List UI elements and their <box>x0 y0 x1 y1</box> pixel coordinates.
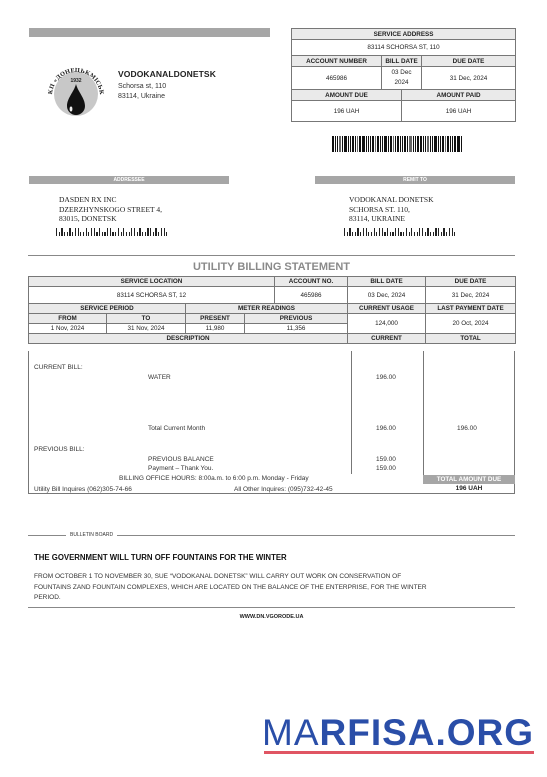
bill-date-value: 03 Dec 2024 <box>382 67 422 90</box>
account-no-value: 465986 <box>275 287 348 304</box>
watermark-text-bold: RFISA.ORG <box>320 712 535 753</box>
bulletin-board-label: BULLETIN BOARD <box>66 532 117 538</box>
to-header: TO <box>107 314 186 324</box>
addressee-line: 83015, DONETSK <box>59 214 162 224</box>
meter-readings-header: METER READINGS <box>186 304 348 314</box>
amount-paid-value: 196 UAH <box>402 101 516 122</box>
previous-value: 11,356 <box>245 324 348 334</box>
barcode <box>332 136 496 152</box>
divider <box>28 255 515 256</box>
watermark-logo: MARFISA.ORG <box>262 712 534 754</box>
total-current-month-current: 196.00 <box>376 425 396 432</box>
other-inquires: All Other Inquires: (095)732-42-45 <box>234 486 333 493</box>
utility-inquires: Utility Bill Inquires (062)305-74-66 <box>34 486 132 493</box>
company-address-line1: Schorsa st, 110 <box>118 82 166 92</box>
remit-to-label: REMIT TO <box>315 176 515 184</box>
company-name: VODOKANALDONETSK <box>118 69 216 79</box>
current-usage-header: CURRENT USAGE <box>348 304 426 314</box>
office-hours: BILLING OFFICE HOURS: 8:00a.m. to 6:00 p… <box>119 475 309 482</box>
company-address-line2: 83114, Ukraine <box>118 92 166 102</box>
due-date-value: 31 Dec, 2024 <box>426 287 516 304</box>
previous-balance-current: 159.00 <box>376 456 396 463</box>
divider <box>28 607 515 608</box>
summary-box: SERVICE ADDRESS 83114 SCHORSA ST, 110 AC… <box>291 28 516 122</box>
addressee-address: DASDEN RX INC DZERZHYNSKOGO STREET 4, 83… <box>59 195 162 224</box>
svg-text:1932: 1932 <box>70 78 81 84</box>
water-drop-icon: КП «ДОНЕЦЬКМІСЬКВОДОКАНАЛ» 1932 <box>44 62 108 126</box>
amount-paid-label: AMOUNT PAID <box>402 90 516 101</box>
payment-current: 159.00 <box>376 465 396 472</box>
company-address: Schorsa st, 110 83114, Ukraine <box>118 82 166 102</box>
postal-barcode <box>344 228 457 236</box>
description-header: DESCRIPTION <box>29 334 348 344</box>
current-header: CURRENT <box>348 334 426 344</box>
bulletin-title: THE GOVERNMENT WILL TURN OFF FOUNTAINS F… <box>34 553 287 562</box>
account-number-label: ACCOUNT NUMBER <box>292 56 382 67</box>
from-value: 1 Nov, 2024 <box>29 324 107 334</box>
column-divider <box>423 351 424 484</box>
postal-barcode <box>56 228 169 236</box>
header-bar <box>29 28 270 37</box>
charges-body <box>28 351 515 494</box>
total-amount-due-value: 196 UAH <box>423 485 515 492</box>
current-usage-value: 124,000 <box>348 314 426 334</box>
bulletin-body: FROM OCTOBER 1 TO NOVEMBER 30, SUE “VODO… <box>34 572 434 604</box>
service-address-label: SERVICE ADDRESS <box>292 29 516 40</box>
statement-table: SERVICE LOCATION ACCOUNT NO. BILL DATE D… <box>28 276 516 344</box>
last-payment-date-header: LAST PAYMENT DATE <box>426 304 516 314</box>
total-header: TOTAL <box>426 334 516 344</box>
amount-due-value: 196 UAH <box>292 101 402 122</box>
addressee-label: ADDRESSEE <box>29 176 229 184</box>
total-amount-due-label: TOTAL AMOUNT DUE <box>423 475 515 484</box>
total-current-month-label: Total Current Month <box>148 425 205 432</box>
service-location-value: 83114 SCHORSA ST, 12 <box>29 287 275 304</box>
last-payment-date-value: 20 Oct, 2024 <box>426 314 516 334</box>
total-current-month-total: 196.00 <box>457 425 477 432</box>
watermark-underline <box>264 751 534 754</box>
company-logo: КП «ДОНЕЦЬКМІСЬКВОДОКАНАЛ» 1932 <box>44 62 108 126</box>
present-header: PRESENT <box>186 314 245 324</box>
from-header: FROM <box>29 314 107 324</box>
bill-date-label: BILL DATE <box>382 56 422 67</box>
watermark-text-light: MA <box>262 712 320 753</box>
amount-due-label: AMOUNT DUE <box>292 90 402 101</box>
service-address-value: 83114 SCHORSA ST, 110 <box>292 40 516 56</box>
remit-line: 83114, UKRAINE <box>349 214 434 224</box>
column-divider <box>351 351 352 474</box>
due-date-label: DUE DATE <box>422 56 516 67</box>
previous-header: PREVIOUS <box>245 314 348 324</box>
remit-to-address: VODOKANAL DONETSK SCHORSA ST. 110, 83114… <box>349 195 434 224</box>
service-location-header: SERVICE LOCATION <box>29 277 275 287</box>
remit-line: VODOKANAL DONETSK <box>349 195 434 205</box>
addressee-line: DZERZHYNSKOGO STREET 4, <box>59 205 162 215</box>
bill-date-header: BILL DATE <box>348 277 426 287</box>
service-period-header: SERVICE PERIOD <box>29 304 186 314</box>
due-date-value: 31 Dec, 2024 <box>422 67 516 90</box>
payment-label: Payment – Thank You. <box>148 465 213 472</box>
addressee-line: DASDEN RX INC <box>59 195 162 205</box>
due-date-header: DUE DATE <box>426 277 516 287</box>
bill-date-value: 03 Dec, 2024 <box>348 287 426 304</box>
to-value: 31 Nov, 2024 <box>107 324 186 334</box>
water-label: WATER <box>148 374 171 381</box>
present-value: 11,980 <box>186 324 245 334</box>
previous-bill-label: PREVIOUS BILL: <box>34 446 85 453</box>
account-no-header: ACCOUNT NO. <box>275 277 348 287</box>
current-bill-label: CURRENT BILL: <box>34 364 83 371</box>
account-number-value: 465986 <box>292 67 382 90</box>
remit-line: SCHORSA ST. 110, <box>349 205 434 215</box>
water-current: 196.00 <box>376 374 396 381</box>
statement-title: UTILITY BILLING STATEMENT <box>28 261 515 273</box>
website-link[interactable]: WWW.DN.VGORODE.UA <box>28 614 515 620</box>
previous-balance-label: PREVIOUS BALANCE <box>148 456 214 463</box>
